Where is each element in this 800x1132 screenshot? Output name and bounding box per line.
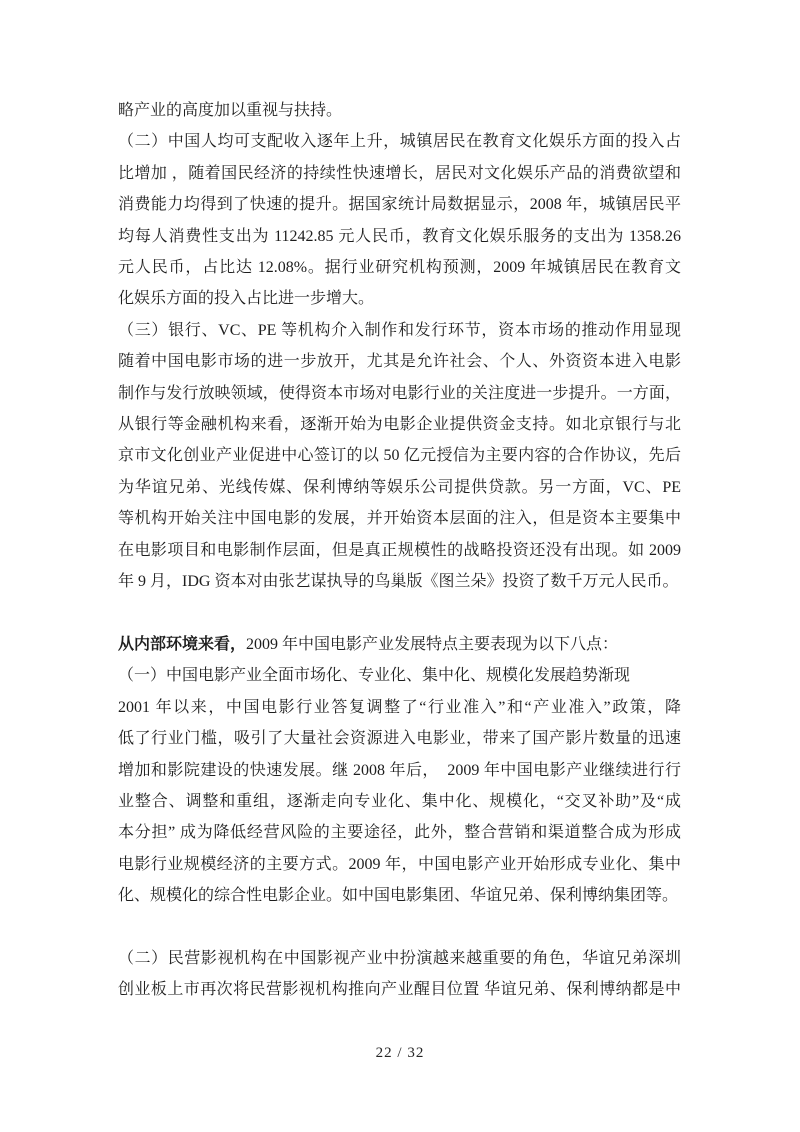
text-line: （一）中国电影产业全面市场化、专业化、集中化、规模化发展趋势渐现: [118, 660, 681, 691]
text-line: 为华谊兄弟、光线传媒、保利博纳等娱乐公司提供贷款。另一方面，VC、PE: [118, 472, 681, 503]
text-line: （二）民营影视机构在中国影视产业中扮演越来越重要的角色，华谊兄弟深圳: [118, 943, 681, 974]
text-line: 增加和影院建设的快速发展。继 2008 年后， 2009 年中国电影产业继续进行…: [118, 755, 681, 786]
document-body: 略产业的高度加以重视与扶持。（二）中国人均可支配收入逐年上升，城镇居民在教育文化…: [118, 95, 681, 1006]
text-line: 随着中国电影市场的进一步放开，尤其是允许社会、个人、外资资本进入电影: [118, 346, 681, 377]
blank-line: [118, 598, 681, 629]
text-line: 低了行业门槛，吸引了大量社会资源进入电影业，带来了国产影片数量的迅速: [118, 723, 681, 754]
text-line: 电影行业规模经济的主要方式。2009 年，中国电影产业开始形成专业化、集中: [118, 849, 681, 880]
document-page: 略产业的高度加以重视与扶持。（二）中国人均可支配收入逐年上升，城镇居民在教育文化…: [0, 0, 800, 1132]
text-line: 化、规模化的综合性电影企业。如中国电影集团、华谊兄弟、保利博纳集团等。: [118, 880, 681, 911]
text-line: 从银行等金融机构来看，逐渐开始为电影企业提供资金支持。如北京银行与北: [118, 409, 681, 440]
blank-line: [118, 912, 681, 943]
text-line: 在电影项目和电影制作层面，但是真正规模性的战略投资还没有出现。如 2009: [118, 535, 681, 566]
text-line: 等机构开始关注中国电影的发展，并开始资本层面的注入，但是资本主要集中: [118, 503, 681, 534]
bold-heading: 从内部环境来看，: [118, 636, 246, 653]
text-line: 业整合、调整和重组，逐渐走向专业化、集中化、规模化，“交叉补助”及“成: [118, 786, 681, 817]
text-line: 制作与发行放映领域，使得资本市场对电影行业的关注度进一步提升。一方面，: [118, 378, 681, 409]
text-line: 创业板上市再次将民营影视机构推向产业醒目位置 华谊兄弟、保利博纳都是中: [118, 974, 681, 1005]
text-line: 本分担” 成为降低经营风险的主要途径，此外，整合营销和渠道整合成为形成: [118, 817, 681, 848]
text-line: 消费能力均得到了快速的提升。据国家统计局数据显示，2008 年，城镇居民平: [118, 189, 681, 220]
text-line: 从内部环境来看，2009 年中国电影产业发展特点主要表现为以下八点：: [118, 629, 681, 660]
text-line: 略产业的高度加以重视与扶持。: [118, 95, 681, 126]
text-line: 年 9 月，IDG 资本对由张艺谋执导的鸟巢版《图兰朵》投资了数千万元人民币。: [118, 566, 681, 597]
text-line: 均每人消费性支出为 11242.85 元人民币，教育文化娱乐服务的支出为 135…: [118, 221, 681, 252]
text-line: （二）中国人均可支配收入逐年上升，城镇居民在教育文化娱乐方面的投入占: [118, 126, 681, 157]
text-line: 化娱乐方面的投入占比进一步增大。: [118, 283, 681, 314]
text-line: 2001 年以来，中国电影行业答复调整了“行业准入”和“产业准入”政策，降: [118, 692, 681, 723]
page-number: 22 / 32: [0, 1045, 800, 1062]
text-line: 京市文化创业产业促进中心签订的以 50 亿元授信为主要内容的合作协议，先后: [118, 440, 681, 471]
text-line: 元人民币，占比达 12.08%。据行业研究机构预测，2009 年城镇居民在教育文: [118, 252, 681, 283]
text-line: 比增加 ，随着国民经济的持续性快速增长，居民对文化娱乐产品的消费欲望和: [118, 158, 681, 189]
text-line: （三）银行、VC、PE 等机构介入制作和发行环节，资本市场的推动作用显现: [118, 315, 681, 346]
